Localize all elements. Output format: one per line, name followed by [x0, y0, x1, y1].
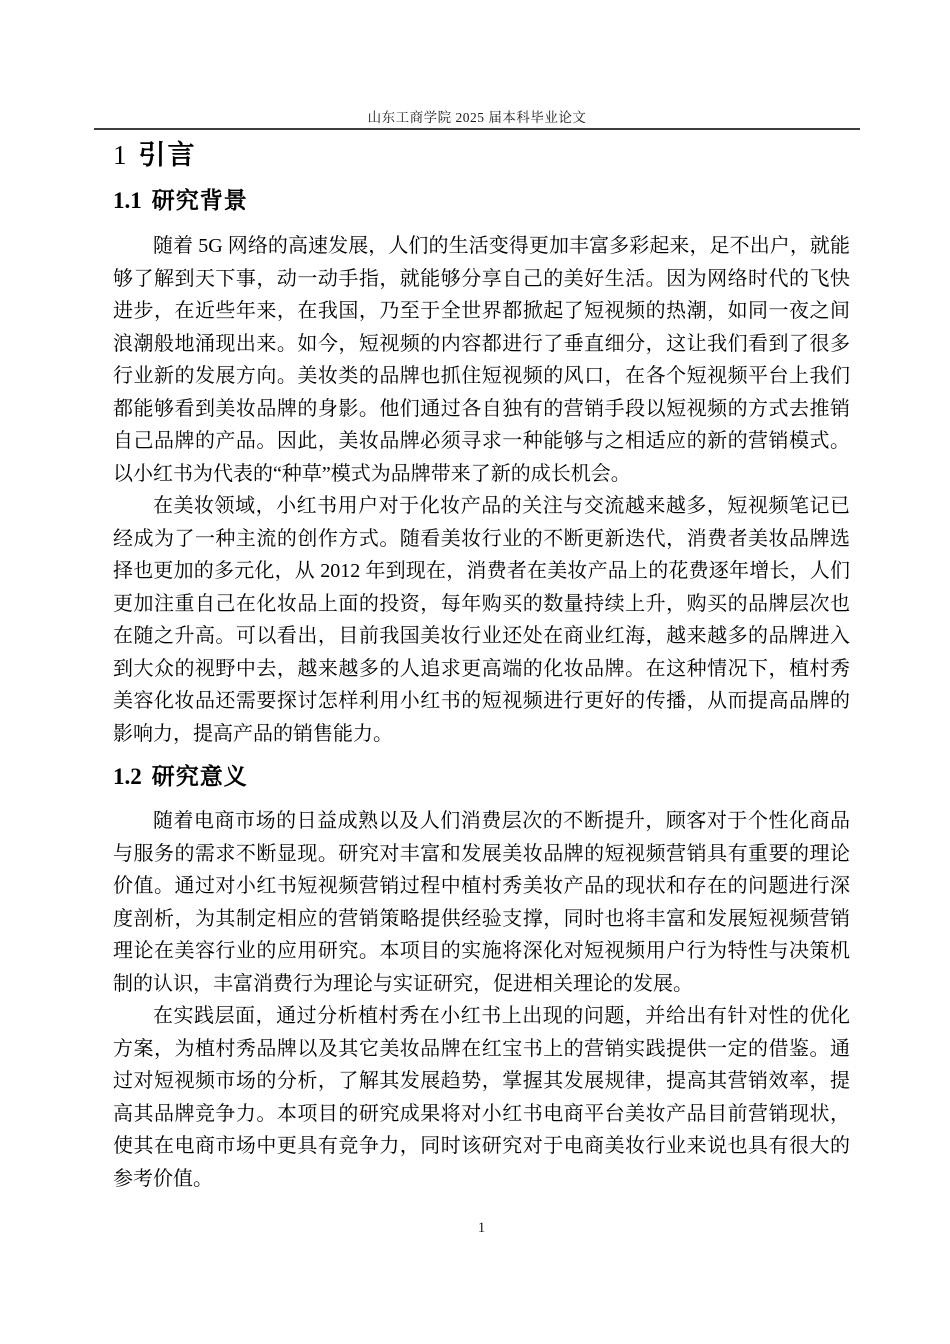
section-1-1-body: 随着 5G 网络的高速发展，人们的生活变得更加丰富多彩起来，足不出户，就能够了解… — [113, 230, 850, 750]
section-1-2-title: 研究意义 — [152, 763, 248, 789]
section-1-2-number: 1.2 — [113, 764, 142, 789]
chapter-number: 1 — [113, 140, 127, 170]
section-heading-1-1: 1.1研究背景 — [113, 185, 850, 216]
paragraph-significance-2: 在实践层面，通过分析植村秀在小红书上出现的问题，并给出有针对性的优化方案，为植村… — [113, 1000, 850, 1195]
running-header: 山东工商学院 2025 届本科毕业论文 — [94, 106, 860, 126]
section-heading-1-2: 1.2研究意义 — [113, 761, 850, 792]
section-1-2-body: 随着电商市场的日益成熟以及人们消费层次的不断提升，顾客对于个性化商品与服务的需求… — [113, 805, 850, 1195]
section-1-1-title: 研究背景 — [152, 187, 248, 213]
paragraph-background-1: 随着 5G 网络的高速发展，人们的生活变得更加丰富多彩起来，足不出户，就能够了解… — [113, 230, 850, 490]
chapter-heading: 1引言 — [113, 130, 850, 172]
paragraph-background-2: 在美妆领域，小红书用户对于化妆产品的关注与交流越来越多，短视频笔记已经成为了一种… — [113, 490, 850, 750]
thesis-page: 山东工商学院 2025 届本科毕业论文 1引言 1.1研究背景 随着 5G 网络… — [0, 0, 950, 1344]
paragraph-significance-1: 随着电商市场的日益成熟以及人们消费层次的不断提升，顾客对于个性化商品与服务的需求… — [113, 805, 850, 1000]
page-number: 1 — [113, 1220, 850, 1237]
page-content: 1引言 1.1研究背景 随着 5G 网络的高速发展，人们的生活变得更加丰富多彩起… — [113, 130, 850, 1195]
chapter-title: 引言 — [139, 140, 197, 170]
section-1-1-number: 1.1 — [113, 188, 142, 213]
